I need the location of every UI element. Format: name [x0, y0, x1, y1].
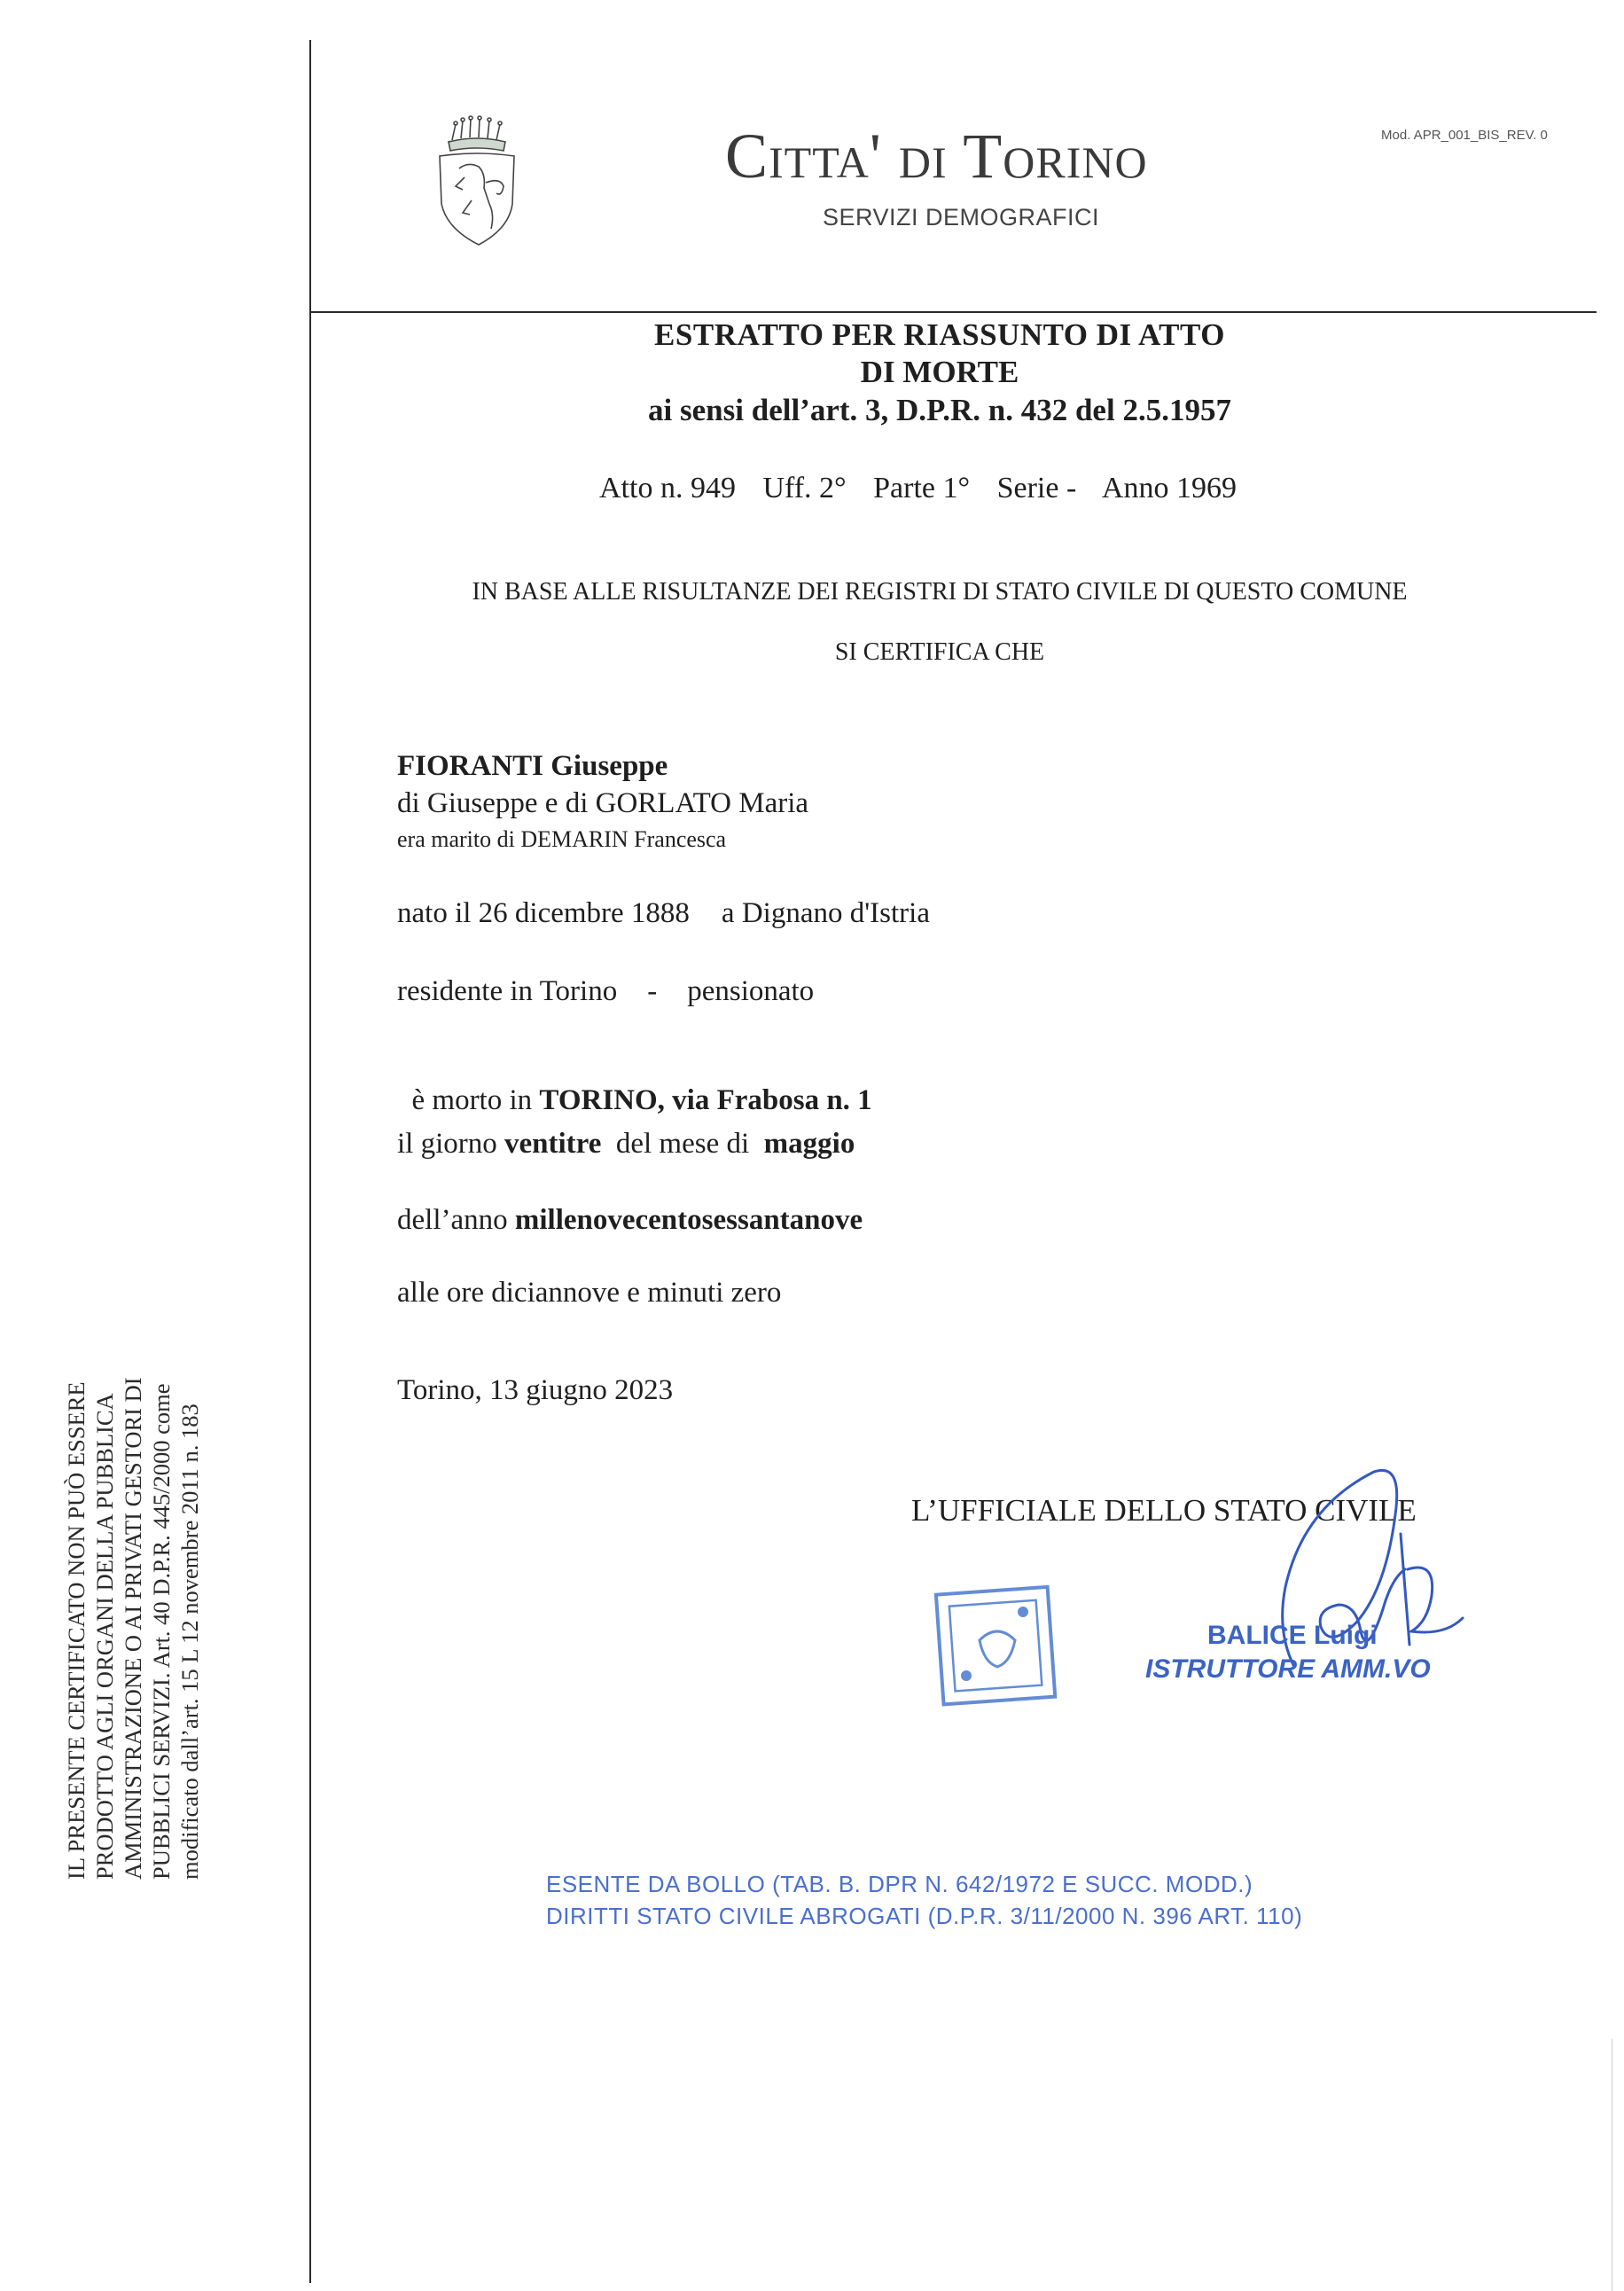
document-title-legal-reference: ai sensi dell’art. 3, D.P.R. n. 432 del … [319, 393, 1560, 428]
side-note-line: PRODOTTO AGLI ORGANI DELLA PUBBLICA [90, 1377, 119, 1880]
document-title-line2: DI MORTE [319, 355, 1560, 390]
signer-name: BALICE Luigi [1207, 1621, 1378, 1651]
birth-place: a Dignano d'Istria [722, 897, 930, 929]
death-place: TORINO, via Frabosa n. 1 [539, 1084, 871, 1116]
act-series: Serie - [997, 472, 1077, 504]
death-place-prefix: è morto in [412, 1084, 540, 1116]
tax-exemption-stamp-line2: DIRITTI STATO CIVILE ABROGATI (D.P.R. 3/… [546, 1903, 1302, 1930]
side-note-line: PUBBLICI SERVIZI. Art. 40 D.P.R. 445/200… [147, 1377, 176, 1880]
city-seal-stamp-icon [931, 1578, 1064, 1711]
birth-date: nato il 26 dicembre 1888 [397, 897, 690, 929]
page-edge-rule [1612, 2039, 1612, 2291]
death-day-prefix: il giorno [397, 1128, 504, 1160]
act-reference: Atto n. 949 Uff. 2° Parte 1° Serie - Ann… [599, 472, 1256, 505]
certification-statement: SI CERTIFICA CHE [319, 638, 1560, 667]
issue-date: Torino, 13 giugno 2023 [397, 1374, 673, 1407]
deceased-parents: di Giuseppe e di GORLATO Maria [397, 787, 808, 820]
deceased-name: FIORANTI Giuseppe [397, 750, 668, 783]
side-note-line: AMMINISTRAZIONE O AI PRIVATI GESTORI DI [119, 1377, 147, 1880]
death-day-line: il giorno ventitre del mese di maggio [397, 1128, 855, 1161]
act-office: Uff. 2° [762, 472, 846, 504]
document-title-line1: ESTRATTO PER RIASSUNTO DI ATTO [319, 317, 1560, 353]
birth-line: nato il 26 dicembre 1888a Dignano d'Istr… [397, 897, 930, 930]
act-part: Parte 1° [873, 472, 970, 504]
death-month: maggio [764, 1128, 855, 1160]
tax-exemption-stamp-line1: ESENTE DA BOLLO (TAB. B. DPR N. 642/1972… [546, 1871, 1253, 1898]
side-legal-note: IL PRESENTE CERTIFICATO NON PUÒ ESSERE P… [62, 1377, 204, 1880]
city-title: Citta' di Torino [725, 120, 1148, 193]
signer-role: ISTRUTTORE AMM.VO [1145, 1654, 1431, 1685]
side-note-line: modificato dall’art. 15 L 12 novembre 20… [176, 1377, 204, 1880]
act-number: Atto n. 949 [599, 472, 736, 504]
death-year: millenovecentosessantanove [515, 1204, 863, 1236]
death-hour: alle ore diciannove e minuti zero [397, 1277, 781, 1310]
residence: residente in Torino [397, 975, 617, 1007]
residence-separator: - [647, 975, 657, 1007]
death-year-prefix: dell’anno [397, 1204, 515, 1236]
city-subtitle: SERVIZI DEMOGRAFICI [823, 204, 1099, 231]
registry-statement: IN BASE ALLE RISULTANZE DEI REGISTRI DI … [319, 578, 1560, 606]
death-place-line: è morto in TORINO, via Frabosa n. 1 [397, 1052, 872, 1117]
death-day: ventitre [504, 1128, 601, 1160]
form-code: Mod. APR_001_BIS_REV. 0 [1381, 128, 1548, 143]
residence-line: residente in Torino-pensionato [397, 975, 814, 1008]
torino-coat-of-arms-icon [433, 115, 521, 248]
profession: pensionato [687, 975, 814, 1007]
death-year-line: dell’anno millenovecentosessantanove [397, 1204, 863, 1237]
header-horizontal-rule [309, 311, 1597, 313]
margin-vertical-rule [309, 40, 311, 2283]
death-month-prefix: del mese di [601, 1128, 763, 1160]
side-note-line: IL PRESENTE CERTIFICATO NON PUÒ ESSERE [62, 1377, 90, 1880]
act-year: Anno 1969 [1102, 472, 1237, 504]
deceased-spouse: era marito di DEMARIN Francesca [397, 826, 726, 853]
